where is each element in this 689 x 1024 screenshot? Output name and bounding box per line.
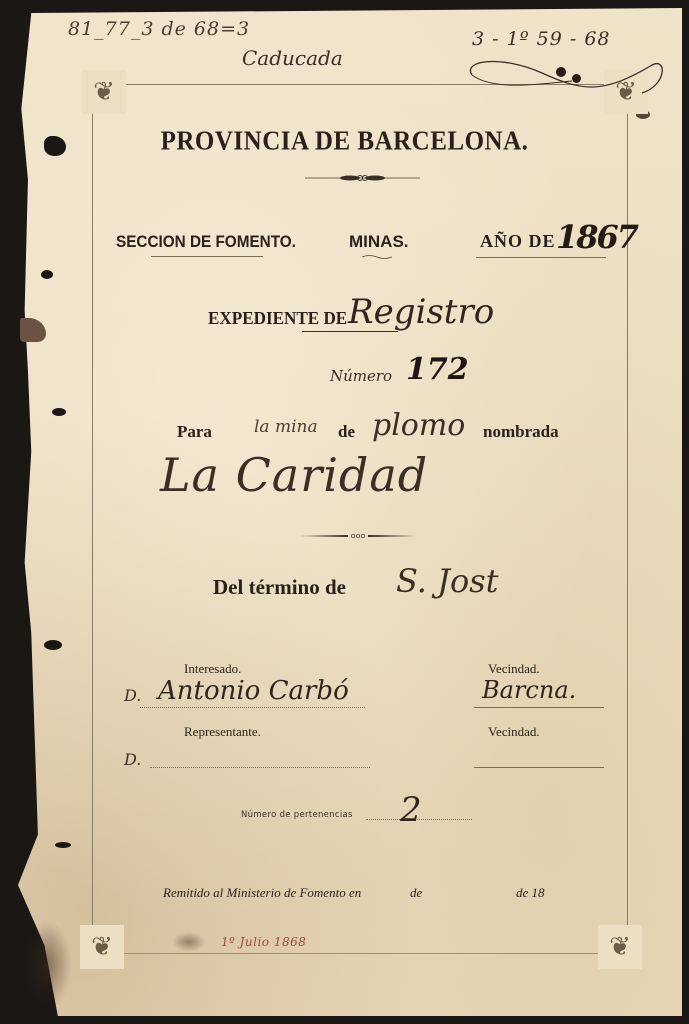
interesado-line <box>140 707 365 708</box>
vecindad-line-2 <box>474 767 604 768</box>
expediente-label: EXPEDIENTE DE <box>208 308 347 329</box>
number-label: Número <box>330 367 392 385</box>
d-prefix-1: D. <box>124 686 141 705</box>
interesado-value: Antonio Carbó <box>158 676 349 706</box>
remitido-de-label: de <box>410 885 422 901</box>
footer-date-note: 1º Julio 1868 <box>221 935 306 949</box>
vecindad-line-1 <box>474 707 604 708</box>
paper-hole <box>52 408 66 416</box>
para-value: la mina <box>254 417 318 437</box>
mineral-value: plomo <box>372 408 465 443</box>
representante-line <box>150 767 370 768</box>
title-divider-ornament-icon <box>305 172 420 184</box>
small-ornament-icon <box>362 254 392 260</box>
representante-label: Representante. <box>184 724 261 740</box>
decorative-border <box>92 84 628 954</box>
section-underline <box>151 256 263 257</box>
page-title: PROVINCIA DE BARCELONA. <box>0 127 689 158</box>
para-label: Para <box>177 422 212 442</box>
reference-number-right: 3 - 1º 59 - 68 <box>472 28 611 50</box>
year-underline <box>476 257 606 258</box>
interesado-label: Interesado. <box>184 661 241 677</box>
de-label: de <box>338 422 355 442</box>
remitido-label: Remitido al Ministerio de Fomento en <box>163 885 361 901</box>
year-value: 1867 <box>556 218 637 256</box>
vecindad-value-1: Barcna. <box>482 676 576 704</box>
paper-stain <box>22 920 72 1010</box>
pertenencias-label: Número de pertenencias <box>241 810 353 820</box>
pertenencias-value: 2 <box>400 790 422 830</box>
paper-hole <box>41 270 53 279</box>
mine-name: La Caridad <box>160 448 428 502</box>
d-prefix-2: D. <box>124 750 141 769</box>
divider-ornament-icon <box>300 533 416 539</box>
category-label: MINAS. <box>349 232 409 252</box>
paper-hole <box>44 640 62 650</box>
expediente-value: Registro <box>348 292 494 332</box>
corner-ornament-icon: ❦ <box>82 70 126 114</box>
vecindad-label-2: Vecindad. <box>488 724 540 740</box>
corner-ornament-icon: ❦ <box>80 925 124 969</box>
reference-number-left: 81_77_3 de 68=3 <box>68 18 250 40</box>
status-note: Caducada <box>242 46 343 70</box>
corner-ornament-icon: ❦ <box>598 925 642 969</box>
remitido-year-prefix: de 18 <box>516 885 545 901</box>
vecindad-label-1: Vecindad. <box>488 661 540 677</box>
termino-value: S. Jost <box>396 562 499 600</box>
section-label: SECCION DE FOMENTO. <box>116 232 296 252</box>
nombrada-label: nombrada <box>483 422 559 442</box>
signature-flourish-icon <box>462 55 672 100</box>
number-value: 172 <box>406 352 469 387</box>
year-label: AÑO DE <box>480 231 556 252</box>
paper-hole <box>55 842 71 848</box>
termino-label: Del término de <box>213 575 346 600</box>
